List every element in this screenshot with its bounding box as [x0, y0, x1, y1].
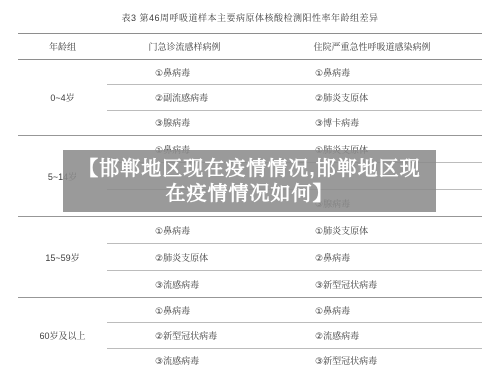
- table-cell: ③新型冠状病毒: [262, 278, 482, 291]
- table-cell: ②副流感病毒: [107, 91, 262, 104]
- table-cell: ①鼻病毒: [262, 304, 482, 317]
- age-group-row-0-4: 0~4岁 ①鼻病毒 ①鼻病毒 ②副流感病毒 ②肺炎支原体 ③腺病毒 ③博卡病毒: [18, 60, 482, 136]
- table-title: 表3 第46周呼吸道样本主要病原体核酸检测阳性率年龄组差异: [0, 11, 500, 24]
- table-cell: ①鼻病毒: [107, 224, 262, 237]
- table-row: ③流感病毒 ③新型冠状病毒: [107, 271, 482, 297]
- report-page: 表3 第46周呼吸道样本主要病原体核酸检测阳性率年龄组差异 年龄组 门急诊流感样…: [0, 0, 500, 369]
- age-group-row-60plus: 60岁及以上 ①鼻病毒 ①鼻病毒 ②新型冠状病毒 ②流感病毒 ③流感病毒 ③新型…: [18, 298, 482, 369]
- age-group-label: 60岁及以上: [18, 298, 107, 369]
- table-cell: ③腺病毒: [107, 116, 262, 129]
- table-cell: ③流感病毒: [107, 354, 262, 367]
- header-sari-cases: 住院严重急性呼吸道感染病例: [262, 40, 482, 53]
- caption-overlay-banner: 【邯郸地区现在疫情情况,邯郸地区现 在疫情情况如何】: [63, 150, 436, 212]
- overlay-text-line2: 在疫情情况如何】: [63, 182, 436, 207]
- table-cell: ②新型冠状病毒: [107, 329, 262, 342]
- table-cell: ①肺炎支原体: [262, 224, 482, 237]
- table-row: ③腺病毒 ③博卡病毒: [107, 111, 482, 135]
- age-group-row-15-59: 15~59岁 ①鼻病毒 ①肺炎支原体 ②肺炎支原体 ②鼻病毒 ③流感病毒 ③新型…: [18, 217, 482, 298]
- table-cell: ①鼻病毒: [107, 304, 262, 317]
- header-age-group: 年龄组: [18, 40, 107, 53]
- age-group-label: 0~4岁: [18, 60, 107, 135]
- table-row: ②副流感病毒 ②肺炎支原体: [107, 85, 482, 110]
- table-cell: ②鼻病毒: [262, 251, 482, 264]
- table-cell: ②流感病毒: [262, 329, 482, 342]
- table-cell: ①鼻病毒: [107, 66, 262, 79]
- table-row: ①鼻病毒 ①鼻病毒: [107, 298, 482, 323]
- table-row: ②新型冠状病毒 ②流感病毒: [107, 323, 482, 348]
- table-header-row: 年龄组 门急诊流感样病例 住院严重急性呼吸道感染病例: [18, 33, 482, 60]
- table-row: ②肺炎支原体 ②鼻病毒: [107, 244, 482, 271]
- table-cell: ①鼻病毒: [262, 66, 482, 79]
- table-cell: ③新型冠状病毒: [262, 354, 482, 367]
- overlay-text-line1: 【邯郸地区现在疫情情况,邯郸地区现: [63, 157, 436, 182]
- table-cell: ②肺炎支原体: [107, 251, 262, 264]
- table-cell: ③博卡病毒: [262, 116, 482, 129]
- table-row: ③流感病毒 ③新型冠状病毒: [107, 349, 482, 369]
- header-ili-cases: 门急诊流感样病例: [107, 40, 262, 53]
- age-group-label: 15~59岁: [18, 217, 107, 297]
- table-cell: ②肺炎支原体: [262, 91, 482, 104]
- table-row: ①鼻病毒 ①肺炎支原体: [107, 217, 482, 244]
- table-row: ①鼻病毒 ①鼻病毒: [107, 60, 482, 85]
- table-cell: ③流感病毒: [107, 278, 262, 291]
